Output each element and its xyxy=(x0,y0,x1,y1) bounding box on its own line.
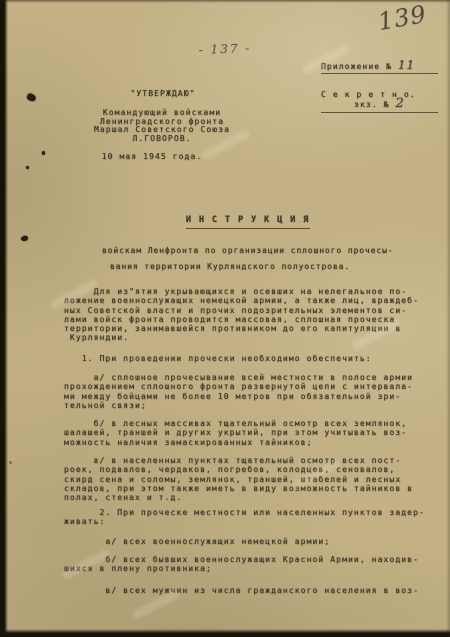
point-2-item-c: в/ всех мужчин из числа гражданского нас… xyxy=(64,586,442,595)
secrecy-stamp: С е к р е т н о. xyxy=(321,90,438,99)
scan-edge-bottom xyxy=(0,629,450,637)
point-2-item-b: б/ всех бывших военнослужащих Красной Ар… xyxy=(64,555,442,574)
handwritten-page-number: - 137 - xyxy=(165,40,285,58)
appendix-line: Приложение № 11 xyxy=(321,61,438,74)
scan-edge-top xyxy=(0,0,450,3)
commander-signature-block: Командующий войсками Ленинградского фрон… xyxy=(82,109,242,143)
appendix-number-handwritten: 11 xyxy=(398,58,415,72)
document-title-block: И Н С Т Р У К Ц И Я войскам Ленфронта по… xyxy=(45,206,415,284)
scan-edge-left xyxy=(0,0,8,637)
point-2-header: 2. При проческе местности или населенных… xyxy=(64,508,442,527)
copy-number-handwritten: 2 xyxy=(396,96,405,111)
point-1-item-a: а/ сплошное прочесывание всей местности … xyxy=(64,373,442,410)
paper-hole xyxy=(26,92,37,102)
document-scan: - 137 - 139 Приложение № 11 С е к р е т … xyxy=(0,0,450,637)
paper-hole xyxy=(42,151,45,155)
point-1-header: 1. При проведении прочески необходимо об… xyxy=(64,354,442,363)
handwritten-archive-number: 139 xyxy=(376,0,429,36)
paper-hole xyxy=(20,235,28,242)
copy-number-line: экз. № 2 xyxy=(321,99,438,113)
appendix-label: Приложение № xyxy=(321,62,392,71)
document-title: И Н С Т Р У К Ц И Я xyxy=(186,216,310,228)
point-1-item-b: б/ в лесных массивах тщательный осмотр в… xyxy=(64,419,442,447)
copy-label: экз. № xyxy=(354,100,390,109)
paper-speck xyxy=(9,461,12,464)
scan-edge-right xyxy=(446,0,450,637)
paper-hole xyxy=(26,166,29,169)
point-2-item-a: а/ всех военнослужащих немецкой армии; xyxy=(64,537,442,546)
paper-sheet: - 137 - 139 Приложение № 11 С е к р е т … xyxy=(0,0,450,637)
point-1-item-c: в/ в населенных пунктах тщательный осмот… xyxy=(64,456,442,502)
approval-stamp: "УТВЕРЖДАЮ" xyxy=(88,89,238,98)
document-subtitle: войскам Ленфронта по организации сплошно… xyxy=(102,246,394,271)
